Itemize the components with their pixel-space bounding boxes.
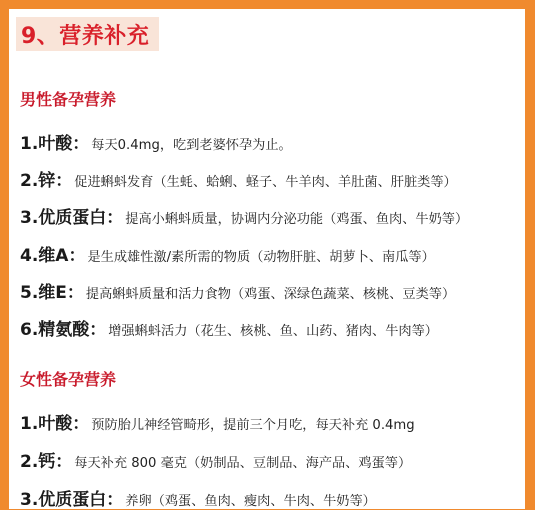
item-text: 促进蝌蚪发育（生蚝、蛤蜊、蛏子、牛羊肉、羊肚菌、肝脏类等） xyxy=(74,171,456,190)
list-item: 6.精氨酸： 增强蝌蚪活力（花生、核桃、鱼、山药、猪肉、牛肉等） xyxy=(20,315,438,340)
item-label: 2.锌： xyxy=(20,166,72,191)
item-label: 1.叶酸： xyxy=(20,129,89,154)
item-label: 2.钙： xyxy=(20,447,72,472)
item-text: 养卵（鸡蛋、鱼肉、瘦肉、牛肉、牛奶等） xyxy=(125,490,376,500)
item-label: 1.叶酸： xyxy=(20,409,89,434)
section-heading-female: 女性备孕营养 xyxy=(20,367,116,390)
list-item: 3.优质蛋白： 养卵（鸡蛋、鱼肉、瘦肉、牛肉、牛奶等） xyxy=(20,485,376,500)
item-text: 提高蝌蚪质量和活力食物（鸡蛋、深绿色蔬菜、核桃、豆类等） xyxy=(86,283,455,302)
item-text: 增强蝌蚪活力（花生、核桃、鱼、山药、猪肉、牛肉等） xyxy=(108,320,438,339)
item-text: 提高小蝌蚪质量，协调内分泌功能（鸡蛋、鱼肉、牛奶等） xyxy=(125,208,468,227)
item-label: 6.精氨酸： xyxy=(20,315,106,340)
item-text: 每天补充 800 毫克（奶制品、豆制品、海产品、鸡蛋等） xyxy=(74,452,411,471)
section-heading-male: 男性备孕营养 xyxy=(20,87,116,110)
item-text: 每天0.4mg，吃到老婆怀孕为止。 xyxy=(91,134,291,153)
list-item: 2.钙： 每天补充 800 毫克（奶制品、豆制品、海产品、鸡蛋等） xyxy=(20,447,411,472)
list-item: 3.优质蛋白： 提高小蝌蚪质量，协调内分泌功能（鸡蛋、鱼肉、牛奶等） xyxy=(20,203,468,228)
list-item: 2.锌： 促进蝌蚪发育（生蚝、蛤蜊、蛏子、牛羊肉、羊肚菌、肝脏类等） xyxy=(20,166,457,191)
item-text: 预防胎儿神经管畸形，提前三个月吃，每天补充 0.4mg xyxy=(91,414,414,433)
title-banner: 9、营养补充 xyxy=(16,17,159,51)
item-text: 是生成雄性激/素所需的物质（动物肝脏、胡萝卜、南瓜等） xyxy=(87,246,434,265)
list-item: 4.维A： 是生成雄性激/素所需的物质（动物肝脏、胡萝卜、南瓜等） xyxy=(20,241,435,266)
list-item: 1.叶酸： 每天0.4mg，吃到老婆怀孕为止。 xyxy=(20,129,292,154)
item-label: 5.维E： xyxy=(20,278,84,303)
list-item: 5.维E： 提高蝌蚪质量和活力食物（鸡蛋、深绿色蔬菜、核桃、豆类等） xyxy=(20,278,455,303)
item-label: 3.优质蛋白： xyxy=(20,203,123,228)
item-label: 3.优质蛋白： xyxy=(20,485,123,500)
document-card: 9、营养补充 男性备孕营养 1.叶酸： 每天0.4mg，吃到老婆怀孕为止。 2.… xyxy=(9,9,525,500)
list-item: 1.叶酸： 预防胎儿神经管畸形，提前三个月吃，每天补充 0.4mg xyxy=(20,409,415,434)
item-label: 4.维A： xyxy=(20,241,85,266)
page-title: 9、营养补充 xyxy=(21,19,149,50)
